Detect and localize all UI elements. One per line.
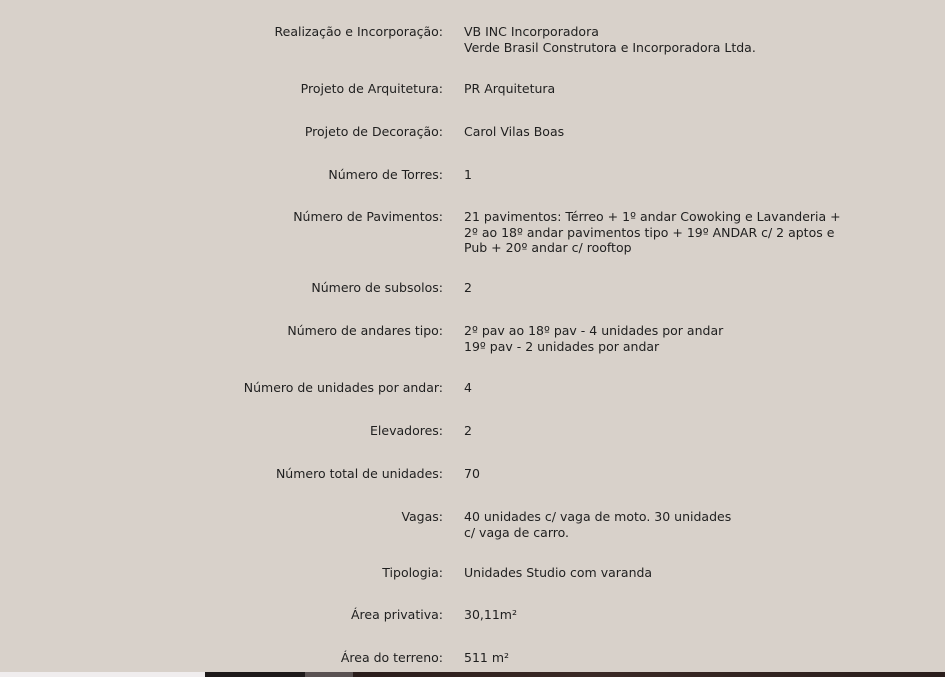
spec-value: 70 xyxy=(464,466,844,482)
strip-segment xyxy=(353,672,945,677)
spec-value: 2º pav ao 18º pav - 4 unidades por andar… xyxy=(464,323,844,354)
spec-label: Área privativa: xyxy=(351,607,443,623)
bottom-image-strip xyxy=(0,672,945,677)
spec-label: Número total de unidades: xyxy=(276,466,443,482)
spec-value: 30,11m² xyxy=(464,607,844,623)
spec-value-line: c/ vaga de carro. xyxy=(464,525,844,541)
spec-value-line: Verde Brasil Construtora e Incorporadora… xyxy=(464,40,844,56)
spec-value-line: PR Arquitetura xyxy=(464,81,844,97)
spec-label: Tipologia: xyxy=(382,565,443,581)
spec-label: Projeto de Arquitetura: xyxy=(301,81,443,97)
spec-value: VB INC Incorporadora Verde Brasil Constr… xyxy=(464,24,844,55)
spec-value-line: 21 pavimentos: Térreo + 1º andar Cowokin… xyxy=(464,209,844,225)
spec-value-line: Pub + 20º andar c/ rooftop xyxy=(464,240,844,256)
spec-label: Número de subsolos: xyxy=(311,280,443,296)
spec-value: 2 xyxy=(464,280,844,296)
spec-value-line: 2º ao 18º andar pavimentos tipo + 19º AN… xyxy=(464,225,844,241)
spec-value-line: 1 xyxy=(464,167,844,183)
spec-label: Número de unidades por andar: xyxy=(244,380,443,396)
spec-value: 21 pavimentos: Térreo + 1º andar Cowokin… xyxy=(464,209,844,256)
spec-label: Vagas: xyxy=(401,509,443,525)
spec-value-line: 2 xyxy=(464,280,844,296)
spec-value-line: VB INC Incorporadora xyxy=(464,24,844,40)
spec-label: Número de andares tipo: xyxy=(287,323,443,339)
spec-value-line: 70 xyxy=(464,466,844,482)
spec-label: Número de Pavimentos: xyxy=(293,209,443,225)
spec-label: Área do terreno: xyxy=(341,650,443,666)
spec-label: Elevadores: xyxy=(370,423,443,439)
strip-segment xyxy=(205,672,305,677)
strip-segment xyxy=(0,672,205,677)
spec-value: 511 m² xyxy=(464,650,844,666)
spec-value-line: 19º pav - 2 unidades por andar xyxy=(464,339,844,355)
spec-value: 2 xyxy=(464,423,844,439)
spec-value: 1 xyxy=(464,167,844,183)
spec-value-line: 30,11m² xyxy=(464,607,844,623)
spec-value-line: Carol Vilas Boas xyxy=(464,124,844,140)
spec-value-line: 40 unidades c/ vaga de moto. 30 unidades xyxy=(464,509,844,525)
spec-value: Carol Vilas Boas xyxy=(464,124,844,140)
spec-value-line: Unidades Studio com varanda xyxy=(464,565,844,581)
spec-label: Número de Torres: xyxy=(328,167,443,183)
spec-value: Unidades Studio com varanda xyxy=(464,565,844,581)
spec-value: 4 xyxy=(464,380,844,396)
spec-label: Projeto de Decoração: xyxy=(305,124,443,140)
strip-segment xyxy=(305,672,353,677)
spec-value: PR Arquitetura xyxy=(464,81,844,97)
spec-value-line: 2º pav ao 18º pav - 4 unidades por andar xyxy=(464,323,844,339)
spec-label: Realização e Incorporação: xyxy=(275,24,444,40)
spec-value-line: 511 m² xyxy=(464,650,844,666)
spec-value: 40 unidades c/ vaga de moto. 30 unidades… xyxy=(464,509,844,540)
spec-sheet: Realização e Incorporação: VB INC Incorp… xyxy=(0,0,945,672)
spec-value-line: 4 xyxy=(464,380,844,396)
spec-value-line: 2 xyxy=(464,423,844,439)
